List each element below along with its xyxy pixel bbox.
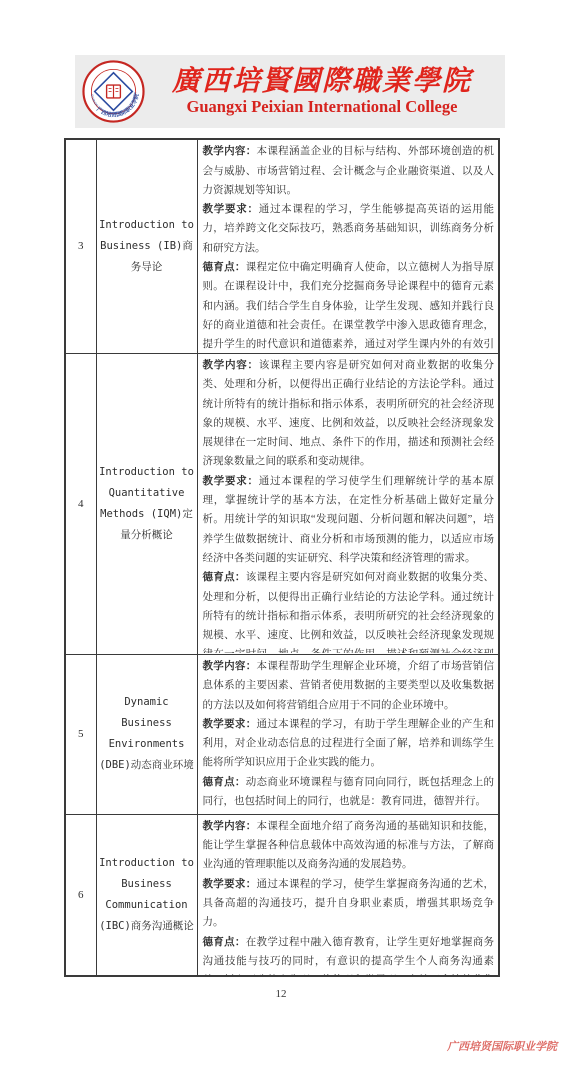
teaching-content-section: 教学内容：本课程涵盖企业的目标与结构、外部环境创造的机会与威胁、市场营销过程、会… [203,142,495,200]
section-label: 教学要求： [203,475,259,487]
section-label: 教学要求： [203,878,257,890]
teaching-requirements-section: 教学要求：通过本课程的学习，使学生掌握商务沟通的艺术，具备高超的沟通技巧，提升自… [203,875,495,933]
section-label: 教学内容： [203,145,257,157]
section-label: 教学要求： [203,718,257,730]
section-label: 教学要求： [203,203,259,215]
teaching-content-section: 教学内容：该课程主要内容是研究如何对商业数据的收集分类、处理和分析，以便得出正确… [203,356,495,472]
section-text: 该课程主要内容是研究如何对商业数据的收集分类、处理和分析，以便得出正确行业结论的… [203,360,495,467]
page-number: 12 [64,988,498,1000]
course-number: 6 [65,814,96,976]
logo-book-icon [107,85,121,98]
section-label: 教学内容： [203,359,259,371]
course-description-cell: 教学内容：本课程全面地介绍了商务沟通的基础知识和技能，能让学生掌握各种信息载体中… [197,814,499,976]
teaching-requirements-section: 教学要求：通过本课程的学习使学生们理解统计学的基本原理，掌握统计学的基本方法，在… [203,472,495,568]
course-name: Introduction to Quantitative Methods (IQ… [96,353,197,654]
section-label: 教学内容： [203,660,257,672]
college-title-english: Guangxi Peixian International College [145,97,499,116]
teaching-content-section: 教学内容：本课程全面地介绍了商务沟通的基础知识和技能，能让学生掌握各种信息载体中… [203,817,495,875]
course-number: 5 [65,654,96,814]
section-text: 通过本课程的学习使学生们理解统计学的基本原理，掌握统计学的基本方法，在定性分析基… [203,476,495,564]
section-label: 教学内容： [203,820,257,832]
section-text: 动态商业环境课程与德育同向同行，既包括理念上的同行，也包括时间上的同行，也就是：… [203,777,495,807]
table-row: 4 Introduction to Quantitative Methods (… [65,353,499,654]
course-description-cell: 教学内容：该课程主要内容是研究如何对商业数据的收集分类、处理和分析，以便得出正确… [197,353,499,654]
teaching-requirements-section: 教学要求：通过本课程的学习，有助于学生理解企业的产生和利用，对企业动态信息的过程… [203,715,495,773]
moral-education-section: 德育点：在教学过程中融入德育教育，让学生更好地掌握商务沟通技能与技巧的同时，有意… [203,933,495,975]
section-label: 德育点： [203,571,246,583]
college-title-chinese: 廣西培賢國際職業學院 [145,67,499,97]
section-label: 德育点： [203,936,246,948]
teaching-requirements-section: 教学要求：通过本课程的学习，学生能够提高英语的运用能力，培养跨文化交际技巧，熟悉… [203,200,495,258]
table-row: 3 Introduction to Business (IB)商务导论 教学内容… [65,139,499,353]
table-row: 5 Dynamic Business Environments (DBE)动态商… [65,654,499,814]
teaching-content-section: 教学内容：本课程帮助学生理解企业环境，介绍了市场营销信息体系的主要因素、营销者使… [203,657,495,715]
course-name: Introduction to Business (IB)商务导论 [96,139,197,353]
course-number: 3 [65,139,96,353]
course-name: Dynamic Business Environments (DBE)动态商业环… [96,654,197,814]
section-text: 课程定位中确定明确育人使命，以立德树人为指导原则。在课程设计中，我们充分挖掘商务… [203,262,495,352]
course-table: 3 Introduction to Business (IB)商务导论 教学内容… [64,138,500,977]
section-label: 德育点： [203,261,246,273]
course-description-cell: 教学内容：本课程帮助学生理解企业环境，介绍了市场营销信息体系的主要因素、营销者使… [197,654,499,814]
course-description-cell: 教学内容：本课程涵盖企业的目标与结构、外部环境创造的机会与威胁、市场营销过程、会… [197,139,499,353]
section-label: 德育点： [203,776,246,788]
moral-education-section: 德育点：动态商业环境课程与德育同向同行，既包括理念上的同行，也包括时间上的同行，… [203,773,495,812]
section-text: 该课程主要内容是研究如何对商业数据的收集分类、处理和分析，以便得出正确行业结论的… [203,572,495,653]
table-row: 6 Introduction to Business Communication… [65,814,499,976]
college-watermark: 广西培贤国际职业学院 [447,1038,557,1054]
college-header: 广西培贤国际职业学院 GUANGXI PEIXIAN INTERNATIONAL… [75,55,505,128]
document-page: 广西培贤国际职业学院 GUANGXI PEIXIAN INTERNATIONAL… [0,0,570,1080]
college-logo-icon: 广西培贤国际职业学院 GUANGXI PEIXIAN INTERNATIONAL… [82,60,145,123]
moral-education-section: 德育点：该课程主要内容是研究如何对商业数据的收集分类、处理和分析，以便得出正确行… [203,568,495,653]
moral-education-section: 德育点：课程定位中确定明确育人使命，以立德树人为指导原则。在课程设计中，我们充分… [203,258,495,352]
course-name: Introduction to Business Communication (… [96,814,197,976]
section-text: 在教学过程中融入德育教育，让学生更好地掌握商务沟通技能与技巧的同时，有意识的提高… [203,937,495,975]
course-number: 4 [65,353,96,654]
college-titles: 廣西培賢國際職業學院 Guangxi Peixian International… [145,67,505,116]
